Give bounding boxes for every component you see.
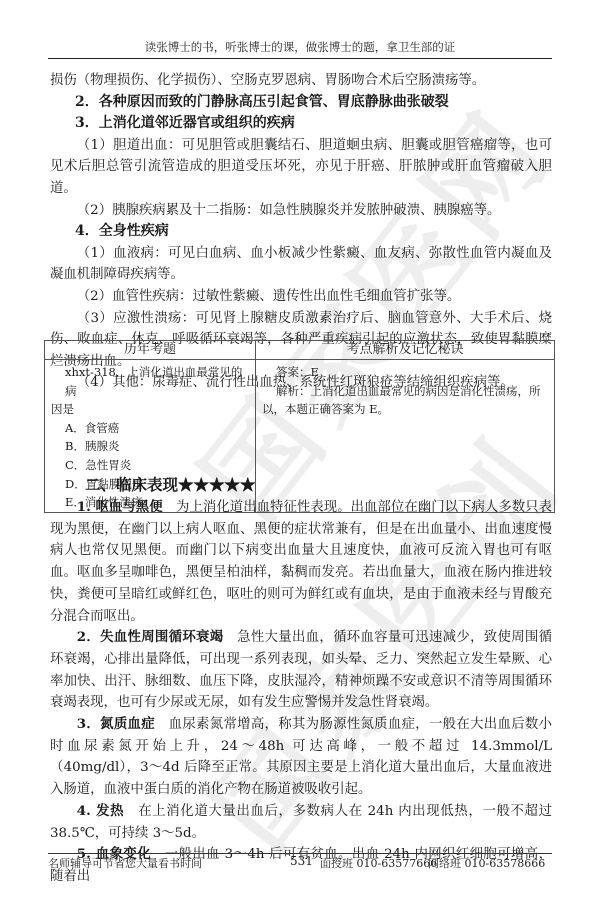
page-footer: 名师辅导可节省您大量看书时间 531 面授班 010-63577666 网络班 … — [48, 855, 552, 873]
paragraph-continued: 损伤（物理损伤、化学损伤）、空肠克罗恩病、胃肠吻合术后空肠溃疡等。 — [50, 70, 552, 92]
question-stem-line1: xhxt-318．上消化道出血最常见的病 — [51, 363, 249, 400]
item-vascular-disease: （2）血管性疾病：过敏性紫癜、遗传性出血性毛细血管扩张等。 — [50, 286, 552, 308]
clinical-item-2-label: 2．失血性周围循环衰竭 — [77, 629, 224, 645]
item-biliary-bleeding: （1）胆道出血：可见胆管或胆囊结石、胆道蛔虫病、胆囊或胆管癌瘤等，也可见术后胆总… — [50, 135, 552, 200]
page-header: 读张博士的书，听张博士的课，做张博士的题，拿卫生部的证 — [48, 38, 552, 56]
footer-in-person-phone: 面授班 010-63577666 — [320, 855, 437, 873]
clinical-item-3: 3．氮质血症 血尿素氮常增高，称其为肠源性氮质血症，一般在大出血后数小时血尿素氮… — [50, 714, 552, 801]
analysis-cell: 答案：E 解析：上消化道出血最常见的病因是消化性溃疡，所以，本题正确答案为 E。 — [256, 360, 555, 513]
explanation-text: 解析：上消化道出血最常见的病因是消化性溃疡，所以，本题正确答案为 E。 — [262, 382, 548, 419]
option-d: D．胃黏膜脱垂 — [51, 475, 249, 494]
clinical-item-4-text: 在上消化道大量出血后，多数病人在 24h 内出现低热，一般不超过 38.5℃，可… — [50, 804, 552, 841]
heading-cause-4: 4．全身性疾病 — [50, 221, 552, 243]
table-header-analysis: 考点解析及记忆秘诀 — [256, 341, 555, 360]
clinical-item-1-text: 为上消化道出血特征性表现。出血部位在幽门以下病人多数只表现为黑便，在幽门以上病人… — [50, 500, 552, 624]
clinical-item-4: 4. 发热 在上消化道大量出血后，多数病人在 24h 内出现低热，一般不超过 3… — [50, 801, 552, 844]
item-blood-disease: （1）血液病：可见白血病、血小板减少性紫癜、血友病、弥散性血管内凝血及凝血机制障… — [50, 243, 552, 286]
document-page: 读张博士的书，听张博士的课，做张博士的题，拿卫生部的证 损伤（物理损伤、化学损伤… — [0, 0, 600, 912]
question-stem-line2: 因是 — [51, 400, 249, 419]
footer-tagline: 名师辅导可节省您大量看书时间 — [48, 855, 202, 873]
item-pancreatic-disease: （2）胰腺疾病累及十二指肠：如急性胰腺炎并发脓肿破溃、胰腺癌等。 — [50, 200, 552, 222]
table-header-past-exams: 历年考题 — [45, 341, 256, 360]
page-number: 531 — [290, 852, 313, 870]
clinical-item-4-label: 4. 发热 — [77, 803, 124, 819]
heading-cause-2: 2．各种原因而致的门静脉高压引起食管、胃底静脉曲张破裂 — [50, 92, 552, 114]
clinical-item-3-label: 3．氮质血症 — [77, 716, 155, 732]
option-e: E．消化性溃疡 — [51, 493, 249, 512]
exam-question-table: 历年考题 考点解析及记忆秘诀 xhxt-318．上消化道出血最常见的病 因是 A… — [44, 340, 555, 513]
option-a: A．食管癌 — [51, 419, 249, 438]
answer-text: 答案：E — [262, 363, 548, 382]
option-c: C．急性胃炎 — [51, 456, 249, 475]
clinical-item-2: 2．失血性周围循环衰竭 急性大量出血，循环血容量可迅速减少，致使周围循环衰竭，心… — [50, 627, 552, 714]
clinical-item-1: 1. 呕血与黑便 为上消化道出血特征性表现。出血部位在幽门以下病人多数只表现为黑… — [50, 497, 552, 627]
question-cell: xhxt-318．上消化道出血最常见的病 因是 A．食管癌 B．胰腺炎 C．急性… — [45, 360, 256, 513]
footer-online-phone: 网络班 010-63578666 — [428, 855, 545, 873]
header-divider — [48, 58, 552, 59]
option-b: B．胰腺炎 — [51, 437, 249, 456]
heading-cause-3: 3．上消化道邻近器官或组织的疾病 — [50, 113, 552, 135]
body-clinical: 1. 呕血与黑便 为上消化道出血特征性表现。出血部位在幽门以下病人多数只表现为黑… — [50, 497, 552, 888]
